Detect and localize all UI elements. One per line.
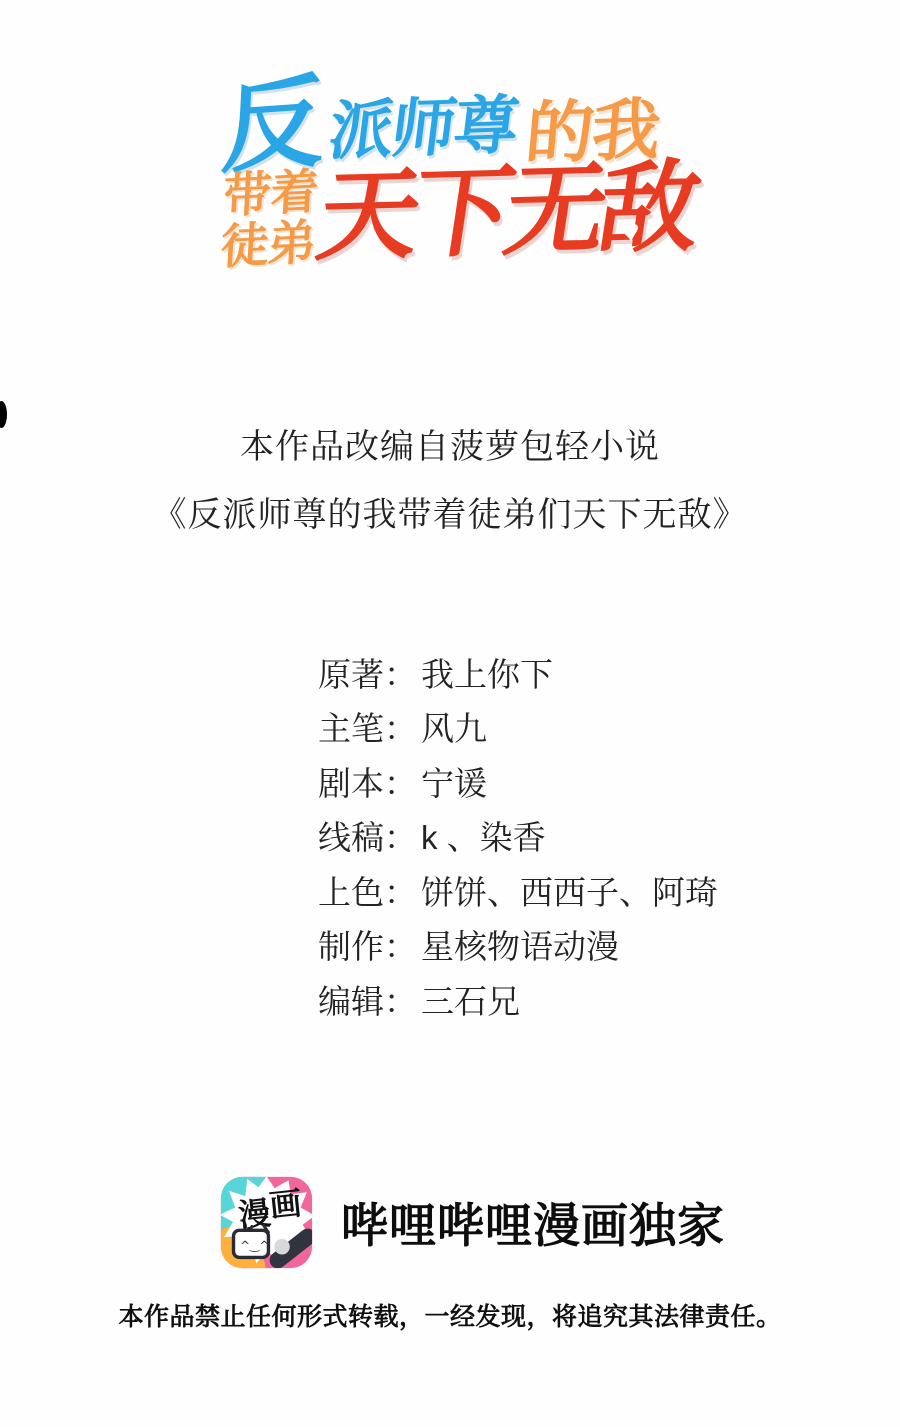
credit-role-label: 剧本：	[318, 758, 417, 805]
credit-role-value: 宁谖	[421, 758, 487, 805]
credit-role-value: 星核物语动漫	[421, 921, 619, 968]
credit-role-label: 编辑：	[318, 976, 417, 1023]
credit-role-value: 风九	[421, 703, 487, 750]
icon-badge-char2: 画	[268, 1185, 304, 1224]
icon-tv-face: ^‿^	[240, 1239, 269, 1253]
credit-row-coloring: 上色：饼饼、西西子、阿琦	[318, 863, 718, 918]
title-chars-tianxiawudi: 天下无敌 ♥	[312, 157, 701, 267]
adaptation-novel-title: 《反派师尊的我带着徒弟们天下无敌》	[0, 487, 900, 536]
credit-role-value: 我上你下	[421, 649, 553, 696]
legal-disclaimer: 本作品禁止任何形式转载，一经发现，将追究其法律责任。	[0, 1297, 900, 1333]
platform-exclusive-text: 哔哩哔哩漫画独家	[341, 1189, 725, 1256]
title-logo-row2: 带着 徒弟 天下无敌 ♥	[222, 160, 722, 272]
credit-role-value: 饼饼、西西子、阿琦	[421, 867, 718, 914]
bilibili-manga-app-icon: 漫 画 ^‿^	[218, 1174, 315, 1271]
credit-row-lead-artist: 主笔：风九	[318, 700, 718, 755]
credits-page: 反 派师尊 的我 带着 徒弟 天下无敌 ♥ 本作品改编自菠萝包轻小说 《反派师尊…	[0, 0, 900, 1427]
title-chars-tudi: 徒弟	[219, 218, 316, 274]
credit-role-label: 制作：	[318, 921, 417, 968]
title-chars-paishizun: 派师尊	[326, 93, 521, 163]
credit-role-value: k 、染香	[421, 812, 546, 859]
icon-tv-character: ^‿^	[234, 1225, 270, 1257]
adaptation-source-line: 本作品改编自菠萝包轻小说	[0, 419, 900, 468]
series-title-logo: 反 派师尊 的我 带着 徒弟 天下无敌 ♥	[222, 74, 722, 272]
title-chars-daizhe-tudi: 带着 徒弟	[219, 168, 319, 275]
icon-pen-tip	[274, 1239, 290, 1255]
credit-row-production: 制作：星核物语动漫	[318, 918, 718, 973]
credit-row-lineart: 线稿：k 、染香	[318, 809, 718, 864]
credit-role-label: 原著：	[318, 649, 417, 696]
credit-role-label: 线稿：	[318, 812, 417, 859]
credit-role-label: 主笔：	[318, 703, 417, 750]
credit-role-value: 三石兄	[421, 976, 520, 1023]
heart-accent-icon: ♥	[621, 218, 634, 250]
credit-row-original-author: 原著：我上你下	[318, 645, 718, 700]
credit-role-label: 上色：	[318, 867, 417, 914]
staff-credits-list: 原著：我上你下 主笔：风九 剧本：宁谖 线稿：k 、染香 上色：饼饼、西西子、阿…	[318, 645, 718, 1027]
adaptation-note: 本作品改编自菠萝包轻小说 《反派师尊的我带着徒弟们天下无敌》	[0, 419, 900, 536]
publisher-row: 漫 画 ^‿^ 哔哩哔哩漫画独家	[218, 1174, 725, 1271]
title-chars-daizhe: 带着	[222, 168, 319, 224]
credit-row-script: 剧本：宁谖	[318, 754, 718, 809]
credit-row-editor: 编辑：三石兄	[318, 972, 718, 1027]
title-char-fan: 反	[219, 71, 327, 180]
